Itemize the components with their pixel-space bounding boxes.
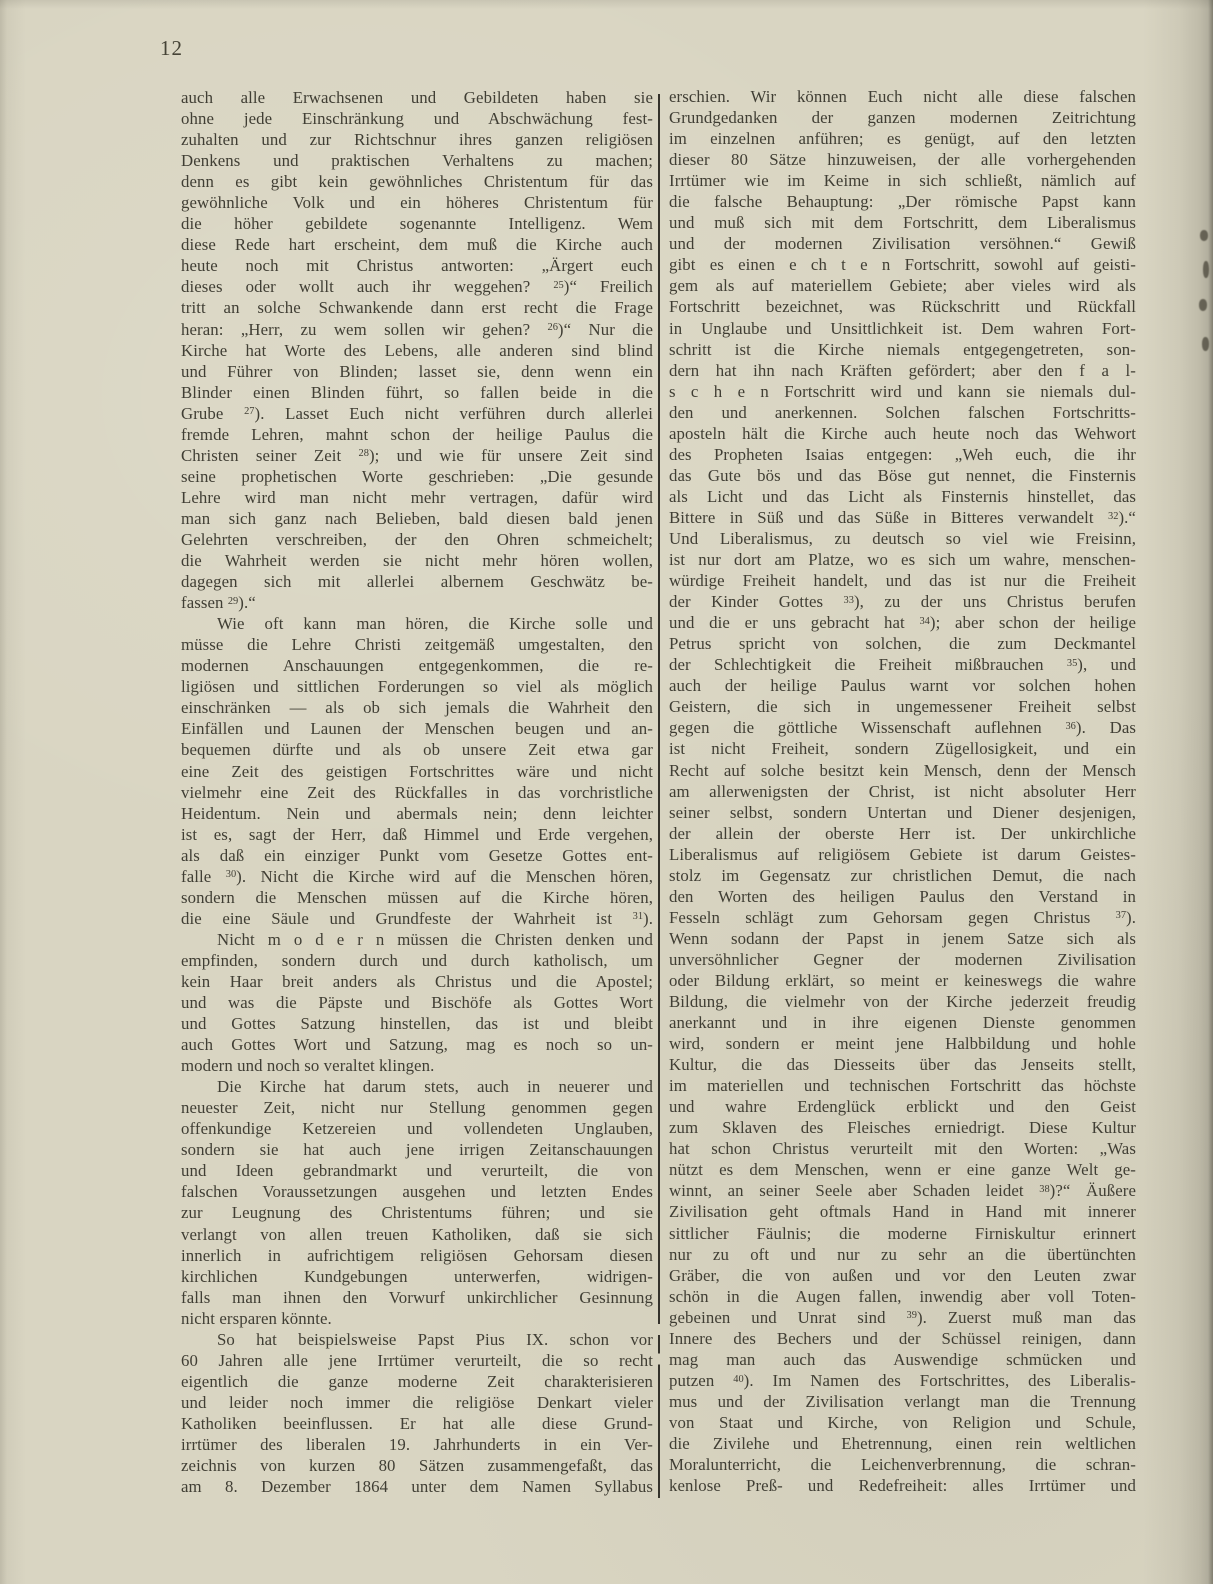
column-divider-rule bbox=[658, 94, 660, 1498]
text-line: anerkannt und in ihre eigenen Dienste ge… bbox=[669, 1012, 1136, 1033]
text-line: eine Zeit des geistigen Fortschrittes wä… bbox=[181, 761, 653, 782]
text-line: gewöhnliche Volk und ein höheres Christe… bbox=[181, 192, 653, 213]
text-line: der Schlechtigkeit die Freiheit mißbrauc… bbox=[669, 654, 1136, 675]
text-line: der Kinder Gottes 33), zu der uns Christ… bbox=[669, 591, 1136, 612]
book-page: 12 auch alle Erwachsenen und Gebildeten … bbox=[0, 0, 1213, 1584]
text-line: 60 Jahren alle jene Irrtümer verurteilt,… bbox=[181, 1350, 653, 1371]
text-line: Grube 27). Lasset Euch nicht verführen d… bbox=[181, 403, 653, 424]
scan-artifact bbox=[1202, 337, 1209, 351]
footnote-reference: 35 bbox=[1067, 658, 1077, 669]
text-line: schön in die Augen fallen, inwendig aber… bbox=[669, 1286, 1136, 1307]
text-line: und wahre Erdenglück erblickt und den Ge… bbox=[669, 1096, 1136, 1117]
footnote-reference: 25 bbox=[553, 280, 563, 291]
text-line: mus und der Zivilisation verlangt man di… bbox=[669, 1391, 1136, 1412]
text-line: winnt, an seiner Seele aber Schaden leid… bbox=[669, 1180, 1136, 1201]
text-line: im materiellen und technischen Fortschri… bbox=[669, 1075, 1136, 1096]
text-line: Gräber, die von außen und vor den Leuten… bbox=[669, 1265, 1136, 1286]
text-line: dagegen sich mit allerlei albernem Gesch… bbox=[181, 571, 653, 592]
text-column-left: auch alle Erwachsenen und Gebildeten hab… bbox=[181, 87, 653, 1497]
text-line: empfinden, sondern durch und durch katho… bbox=[181, 950, 653, 971]
text-line: Wenn sodann der Papst in jenem Satze sic… bbox=[669, 928, 1136, 949]
text-line: wird, sondern er meint jene Halbbildung … bbox=[669, 1033, 1136, 1054]
text-line: Katholiken beeinflussen. Er hat alle die… bbox=[181, 1413, 653, 1434]
text-line: und was die Päpste und Bischöfe als Gott… bbox=[181, 992, 653, 1013]
text-column-right: erschien. Wir können Euch nicht alle die… bbox=[669, 86, 1136, 1496]
text-line: verlangt von allen treuen Katholiken, da… bbox=[181, 1224, 653, 1245]
text-line: erschien. Wir können Euch nicht alle die… bbox=[669, 86, 1136, 107]
text-line: modern und noch so veraltet klingen. bbox=[181, 1055, 653, 1076]
text-line: ist nicht Freiheit, sondern Zügellosigke… bbox=[669, 738, 1136, 759]
text-line: stolz im Gegensatz zur christlichen Demu… bbox=[669, 865, 1136, 886]
footnote-reference: 30 bbox=[226, 869, 236, 880]
text-line: Wie oft kann man hören, die Kirche solle… bbox=[181, 613, 653, 634]
text-line: unversöhnlicher Gegner der modernen Zivi… bbox=[669, 949, 1136, 970]
scan-artifact bbox=[1199, 299, 1207, 311]
scan-artifact bbox=[1203, 261, 1209, 278]
text-line: denn es gibt kein gewöhnliches Christent… bbox=[181, 171, 653, 192]
text-line: modernen Anschauungen entgegenkommen, di… bbox=[181, 655, 653, 676]
text-line: Geistern, die sich in ungemessener Freih… bbox=[669, 696, 1136, 717]
footnote-reference: 34 bbox=[919, 616, 929, 627]
text-line: die höher gebildete sogenannte Intellige… bbox=[181, 213, 653, 234]
footnote-reference: 38 bbox=[1039, 1184, 1049, 1195]
text-line: dieses oder wollt auch ihr weggehen? 25)… bbox=[181, 276, 653, 297]
text-line: Und Liberalismus, zu deutsch so viel wie… bbox=[669, 528, 1136, 549]
text-line: Denkens und praktischen Verhaltens zu ma… bbox=[181, 150, 653, 171]
page-number: 12 bbox=[160, 36, 183, 61]
text-line: heute noch mit Christus antworten: „Ärge… bbox=[181, 255, 653, 276]
footnote-reference: 32 bbox=[1108, 511, 1118, 522]
text-line: kein Haar breit anders als Christus und … bbox=[181, 971, 653, 992]
text-line: zur Leugnung des Christentums führen; un… bbox=[181, 1202, 653, 1223]
text-line: bequemen dürfte und als ob unsere Zeit e… bbox=[181, 739, 653, 760]
text-line: eigentlich die ganze moderne Zeit charak… bbox=[181, 1371, 653, 1392]
text-line: würdige Freiheit handelt, und das ist nu… bbox=[669, 570, 1136, 591]
text-line: Petrus spricht von solchen, die zum Deck… bbox=[669, 633, 1136, 654]
text-line: kenlose Preß- und Redefreiheit: alles Ir… bbox=[669, 1475, 1136, 1496]
text-line: in Unglaube und Unsittlichkeit ist. Dem … bbox=[669, 318, 1136, 339]
text-line: Irrtümer wie im Keime in sich schließt, … bbox=[669, 170, 1136, 191]
text-line: Liberalismus auf religiösem Gebiete ist … bbox=[669, 844, 1136, 865]
text-line: die Wahrheit werden sie nicht mehr hören… bbox=[181, 550, 653, 571]
text-line: die falsche Behauptung: „Der römische Pa… bbox=[669, 191, 1136, 212]
text-line: neuester Zeit, nicht nur Stellung genomm… bbox=[181, 1097, 653, 1118]
text-line: den Worten des heiligen Paulus den Verst… bbox=[669, 886, 1136, 907]
text-line: fremde Lehren, mahnt schon der heilige P… bbox=[181, 424, 653, 445]
text-line: nur zu oft und nur zu sehr an die übertü… bbox=[669, 1244, 1136, 1265]
text-line: und muß sich mit dem Fortschritt, dem Li… bbox=[669, 212, 1136, 233]
footnote-reference: 27 bbox=[244, 406, 254, 417]
footnote-reference: 26 bbox=[548, 322, 558, 333]
text-line: Innere des Bechers und der Schüssel rein… bbox=[669, 1328, 1136, 1349]
text-line: heran: „Herr, zu wem sollen wir gehen? 2… bbox=[181, 319, 653, 340]
text-line: Heidentum. Nein und abermals nein; denn … bbox=[181, 803, 653, 824]
text-line: Kultur, die das Diesseits über das Jense… bbox=[669, 1054, 1136, 1075]
text-line: und leider noch immer die religiöse Denk… bbox=[181, 1392, 653, 1413]
text-line: irrtümer des liberalen 19. Jahrhunderts … bbox=[181, 1434, 653, 1455]
text-line: Zivilisation geht oftmals Hand in Hand m… bbox=[669, 1201, 1136, 1222]
text-line: kirchlichen Kundgebungen unterwerfen, wi… bbox=[181, 1266, 653, 1287]
text-line: ist es, sagt der Herr, daß Himmel und Er… bbox=[181, 824, 653, 845]
text-line: Fesseln schlägt zum Gehorsam gegen Chris… bbox=[669, 907, 1136, 928]
footnote-reference: 36 bbox=[1065, 721, 1075, 732]
text-line: nützt es dem Menschen, wenn er eine ganz… bbox=[669, 1159, 1136, 1180]
text-line: seiner selbst, sondern Untertan und Dien… bbox=[669, 802, 1136, 823]
text-line: sondern die Menschen müssen auf die Kirc… bbox=[181, 887, 653, 908]
footnote-reference: 40 bbox=[733, 1374, 743, 1385]
text-line: und der modernen Zivilisation versöhnen.… bbox=[669, 233, 1136, 254]
text-line: schritt ist die Kirche niemals entgegeng… bbox=[669, 339, 1136, 360]
text-line: einschränken — als ob sich jemals die Wa… bbox=[181, 697, 653, 718]
text-line: falschen Voraussetzungen ausgehen und le… bbox=[181, 1181, 653, 1202]
text-line: am 8. Dezember 1864 unter dem Namen Syll… bbox=[181, 1476, 653, 1497]
text-line: müsse die Lehre Christi zeitgemäß umgest… bbox=[181, 634, 653, 655]
text-line: auch der heilige Paulus warnt vor solche… bbox=[669, 675, 1136, 696]
text-line: tritt an solche Schwankende dann erst re… bbox=[181, 297, 653, 318]
text-line: ist nur dort am Platze, wo es sich um wa… bbox=[669, 549, 1136, 570]
footnote-reference: 31 bbox=[633, 911, 643, 922]
text-line: sittlicher Fäulnis; die moderne Firnisku… bbox=[669, 1223, 1136, 1244]
footnote-reference: 39 bbox=[907, 1310, 917, 1321]
text-line: seine prophetischen Worte geschrieben: „… bbox=[181, 466, 653, 487]
text-line: man sich ganz nach Belieben, bald diesen… bbox=[181, 508, 653, 529]
text-line: Christen seiner Zeit 28); und wie für un… bbox=[181, 445, 653, 466]
footnote-reference: 33 bbox=[844, 595, 854, 606]
text-line: Gelehrten verschreiben, der den Ohren sc… bbox=[181, 529, 653, 550]
text-line: Lehre wird man nicht mehr vertragen, daf… bbox=[181, 487, 653, 508]
text-line: Recht auf solche besitzt kein Mensch, de… bbox=[669, 760, 1136, 781]
text-line: ohne jede Einschränkung und Abschwächung… bbox=[181, 108, 653, 129]
text-line: von Staat und Kirche, von Religion und S… bbox=[669, 1412, 1136, 1433]
text-line: offenkundige Ketzereien und vollendeten … bbox=[181, 1118, 653, 1139]
text-line: falls man ihnen den Vorwurf unkirchliche… bbox=[181, 1287, 653, 1308]
text-line: Einfällen und Launen der Menschen beugen… bbox=[181, 718, 653, 739]
text-line: am allerwenigsten der Christ, ist nicht … bbox=[669, 781, 1136, 802]
text-line: fassen 29).“ bbox=[181, 592, 653, 613]
text-line: als Licht und das Licht als Finsternis h… bbox=[669, 486, 1136, 507]
text-line: putzen 40). Im Namen des Fortschrittes, … bbox=[669, 1370, 1136, 1391]
text-line: innerlich in aufrichtigem religiösen Geh… bbox=[181, 1245, 653, 1266]
text-line: und Führer von Blinden; lasset sie, denn… bbox=[181, 361, 653, 382]
text-line: zum Sklaven des Fleisches erniedrigt. Di… bbox=[669, 1117, 1136, 1138]
text-line: dern hat ihn nach Kräften gefördert; abe… bbox=[669, 360, 1136, 381]
text-line: Bittere in Süß und das Süße in Bitteres … bbox=[669, 507, 1136, 528]
text-line: und Ideen gebrandmarkt und verurteilt, d… bbox=[181, 1160, 653, 1181]
text-line: vielmehr eine Zeit des Rückfalles in das… bbox=[181, 782, 653, 803]
text-line: das Gute bös und das Böse gut nennet, di… bbox=[669, 465, 1136, 486]
text-line: Moralunterricht, die Leichenverbrennung,… bbox=[669, 1454, 1136, 1475]
text-line: So hat beispielsweise Papst Pius IX. sch… bbox=[181, 1329, 653, 1350]
text-line: die Zivilehe und Ehetrennung, einen rein… bbox=[669, 1433, 1136, 1454]
text-line: falle 30). Nicht die Kirche wird auf die… bbox=[181, 866, 653, 887]
text-line: sondern sie hat auch jene irrigen Zeitan… bbox=[181, 1139, 653, 1160]
text-line: die eine Säule und Grundfeste der Wahrhe… bbox=[181, 908, 653, 929]
text-line: nicht ersparen könnte. bbox=[181, 1308, 653, 1329]
text-line: und Gottes Satzung hinstellen, das ist u… bbox=[181, 1013, 653, 1034]
footnote-reference: 37 bbox=[1116, 910, 1126, 921]
text-line: ligiösen und sittlichen Forderungen so v… bbox=[181, 676, 653, 697]
text-line: Kirche hat Worte des Lebens, alle andere… bbox=[181, 340, 653, 361]
text-line: aposteln hält die Kirche auch heute noch… bbox=[669, 423, 1136, 444]
text-line: auch Gottes Wort und Satzung, mag es noc… bbox=[181, 1034, 653, 1055]
text-line: mag man auch das Auswendige schmücken un… bbox=[669, 1349, 1136, 1370]
text-line: und die er uns gebracht hat 34); aber sc… bbox=[669, 612, 1136, 633]
text-line: der allein der oberste Herr ist. Der unk… bbox=[669, 823, 1136, 844]
text-line: Grundgedanken der ganzen modernen Zeitri… bbox=[669, 107, 1136, 128]
text-line: auch alle Erwachsenen und Gebildeten hab… bbox=[181, 87, 653, 108]
text-line: Blinder einen Blinden führt, so fallen b… bbox=[181, 382, 653, 403]
text-line: des Propheten Isaias entgegen: „Weh euch… bbox=[669, 444, 1136, 465]
footnote-reference: 28 bbox=[359, 448, 369, 459]
text-line: hat schon Christus verurteilt mit den Wo… bbox=[669, 1138, 1136, 1159]
text-line: gegen die göttliche Wissenschaft auflehn… bbox=[669, 717, 1136, 738]
text-line: zeichnis von kurzen 80 Sätzen zusammenge… bbox=[181, 1455, 653, 1476]
text-line: den und anerkennen. Solchen falschen For… bbox=[669, 402, 1136, 423]
text-line: Die Kirche hat darum stets, auch in neue… bbox=[181, 1076, 653, 1097]
scan-artifact bbox=[1200, 230, 1208, 241]
text-line: Nicht m o d e r n müssen die Christen de… bbox=[181, 929, 653, 950]
text-line: dieser 80 Sätze hinzuweisen, der alle vo… bbox=[669, 149, 1136, 170]
text-line: diese Rede hart erscheint, dem muß die K… bbox=[181, 234, 653, 255]
text-line: gem als auf materiellem Gebiete; aber vi… bbox=[669, 275, 1136, 296]
text-line: s c h e n Fortschritt wird und kann sie … bbox=[669, 381, 1136, 402]
footnote-reference: 29 bbox=[228, 596, 238, 607]
text-line: gibt es einen e ch t e n Fortschritt, so… bbox=[669, 254, 1136, 275]
text-line: zuhalten und zur Richtschnur ihres ganze… bbox=[181, 129, 653, 150]
text-line: Bildung, die vielmehr von der Kirche jed… bbox=[669, 991, 1136, 1012]
text-line: als daß ein einziger Punkt vom Gesetze G… bbox=[181, 845, 653, 866]
text-line: im einzelnen anführen; es genügt, auf de… bbox=[669, 128, 1136, 149]
text-line: oder Bildung erklärt, so meint er keines… bbox=[669, 970, 1136, 991]
text-line: gebeinen und Unrat sind 39). Zuerst muß … bbox=[669, 1307, 1136, 1328]
text-line: Fortschritt bezeichnet, was Rückschritt … bbox=[669, 296, 1136, 317]
